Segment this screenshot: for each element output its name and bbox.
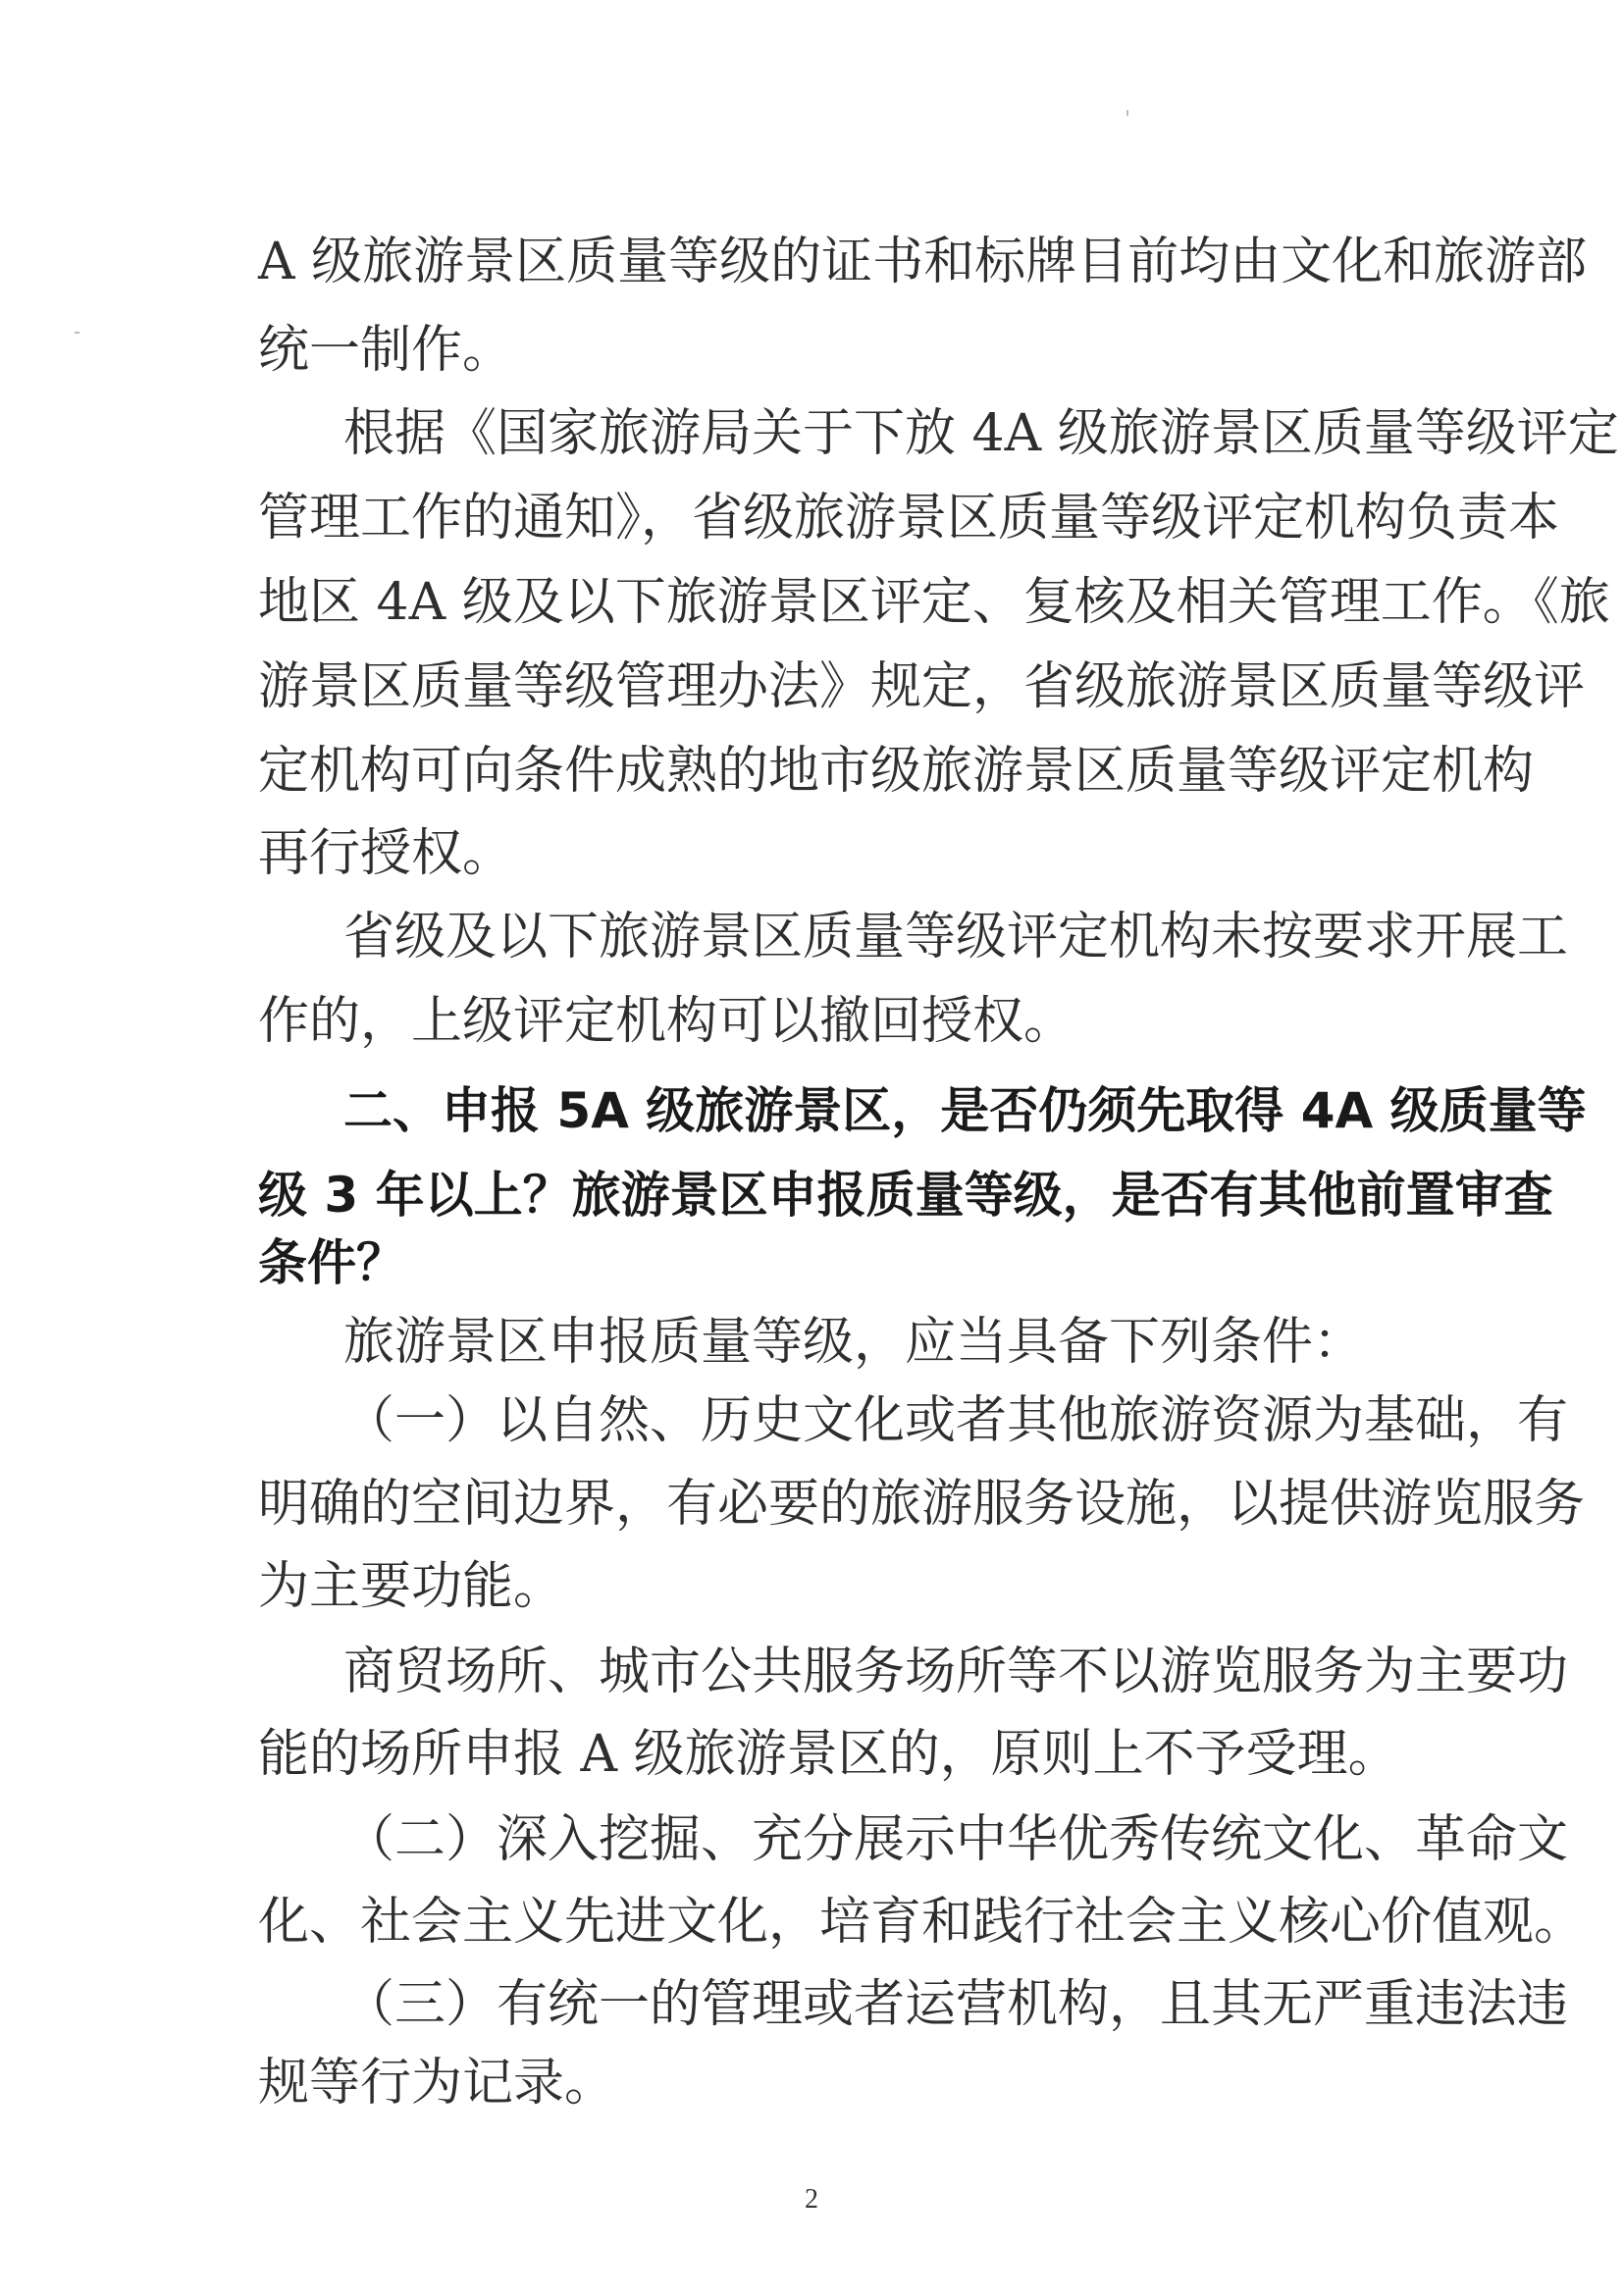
body-text-line: （三）有统一的管理或者运营机构，且其无严重违法违 xyxy=(343,1973,1357,2036)
body-text-line: 管理工作的通知》，省级旅游景区质量等级评定机构负责本 xyxy=(258,487,1357,549)
body-text-line: 根据《国家旅游局关于下放 4A 级旅游景区质量等级评定 xyxy=(343,402,1357,465)
scan-speck xyxy=(75,332,79,334)
document-page: A 级旅游景区质量等级的证书和标牌目前均由文化和旅游部统一制作。根据《国家旅游局… xyxy=(0,0,1623,2296)
body-text-line: 省级及以下旅游景区质量等级评定机构未按要求开展工 xyxy=(343,906,1357,968)
section-heading-line: 二、申报 5A 级旅游景区，是否仍须先取得 4A 级质量等 xyxy=(343,1079,1357,1142)
body-text-line: 规等行为记录。 xyxy=(258,2052,1357,2114)
section-heading-line: 级 3 年以上？旅游景区申报质量等级，是否有其他前置审查 xyxy=(258,1164,1357,1226)
body-text-line: （一）以自然、历史文化或者其他旅游资源为基础，有 xyxy=(343,1389,1357,1452)
body-text-line: 为主要功能。 xyxy=(258,1555,1357,1618)
scan-speck xyxy=(1126,110,1128,116)
body-text-line: 明确的空间边界，有必要的旅游服务设施，以提供游览服务 xyxy=(258,1473,1357,1536)
page-number: 2 xyxy=(0,2184,1623,2216)
body-text-line: 统一制作。 xyxy=(258,319,1357,382)
body-text-line: 能的场所申报 A 级旅游景区的，原则上不予受理。 xyxy=(258,1723,1357,1786)
body-text-line: A 级旅游景区质量等级的证书和标牌目前均由文化和旅游部 xyxy=(258,231,1357,293)
body-text-line: 化、社会主义先进文化，培育和践行社会主义核心价值观。 xyxy=(258,1891,1357,1954)
body-text-line: 定机构可向条件成熟的地市级旅游景区质量等级评定机构 xyxy=(258,740,1357,803)
body-text-line: 旅游景区申报质量等级，应当具备下列条件： xyxy=(343,1311,1357,1374)
body-text-line: 作的，上级评定机构可以撤回授权。 xyxy=(258,990,1357,1053)
body-text-line: 商贸场所、城市公共服务场所等不以游览服务为主要功 xyxy=(343,1641,1357,1703)
body-text-line: （二）深入挖掘、充分展示中华优秀传统文化、革命文 xyxy=(343,1808,1357,1871)
section-heading-line: 条件？ xyxy=(258,1231,1357,1294)
body-text-line: 游景区质量等级管理办法》规定，省级旅游景区质量等级评 xyxy=(258,655,1357,718)
body-text-line: 再行授权。 xyxy=(258,822,1357,885)
body-text-line: 地区 4A 级及以下旅游景区评定、复核及相关管理工作。《旅 xyxy=(258,571,1357,634)
